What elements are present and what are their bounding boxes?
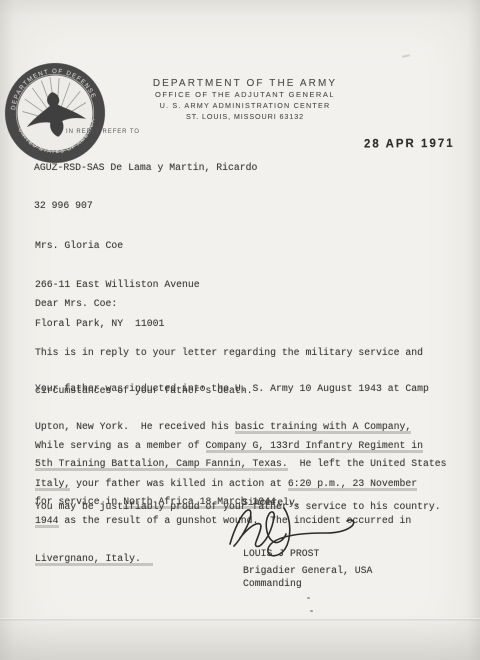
body-line: While serving as a member of Company G, … bbox=[35, 440, 423, 453]
letterhead-city: ST. LOUIS, MISSOURI 63132 bbox=[0, 112, 480, 121]
body-line: Your father was inducted into the U. S. … bbox=[35, 383, 447, 396]
service-number: 32 996 907 bbox=[34, 200, 257, 213]
date-stamp: 28 APR 1971 bbox=[364, 137, 455, 150]
signer-rank: Brigadier General, USA bbox=[243, 565, 372, 578]
underlined-text: Livergnano, Italy. bbox=[35, 553, 153, 566]
paper-fold-line bbox=[0, 618, 480, 621]
reference-line: AGUZ-RSD-SAS De Lama y Martin, Ricardo bbox=[34, 162, 257, 175]
scan-speck bbox=[307, 597, 310, 599]
letterhead-office: OFFICE OF THE ADJUTANT GENERAL bbox=[0, 90, 480, 99]
underlined-text: Company G, 133rd Infantry Regiment in bbox=[206, 440, 424, 453]
scan-speck bbox=[402, 54, 410, 58]
recipient-name: Mrs. Gloria Coe bbox=[35, 239, 200, 252]
scanned-letter-page: DEPARTMENT OF DEFENSE UNITED STATES OF A… bbox=[0, 0, 480, 660]
letterhead-center: U. S. ARMY ADMINISTRATION CENTER bbox=[0, 101, 480, 110]
scan-speck bbox=[310, 610, 313, 612]
signer-name: LOUIS J PROST bbox=[243, 548, 319, 561]
reply-refer-label: IN REPLY REFER TO bbox=[66, 129, 140, 135]
salutation: Dear Mrs. Coe: bbox=[35, 298, 117, 311]
letterhead-agency: DEPARTMENT OF THE ARMY bbox=[0, 78, 480, 89]
signer-role: Commanding bbox=[243, 578, 302, 591]
recipient-street: 266-11 East Williston Avenue bbox=[35, 278, 200, 291]
